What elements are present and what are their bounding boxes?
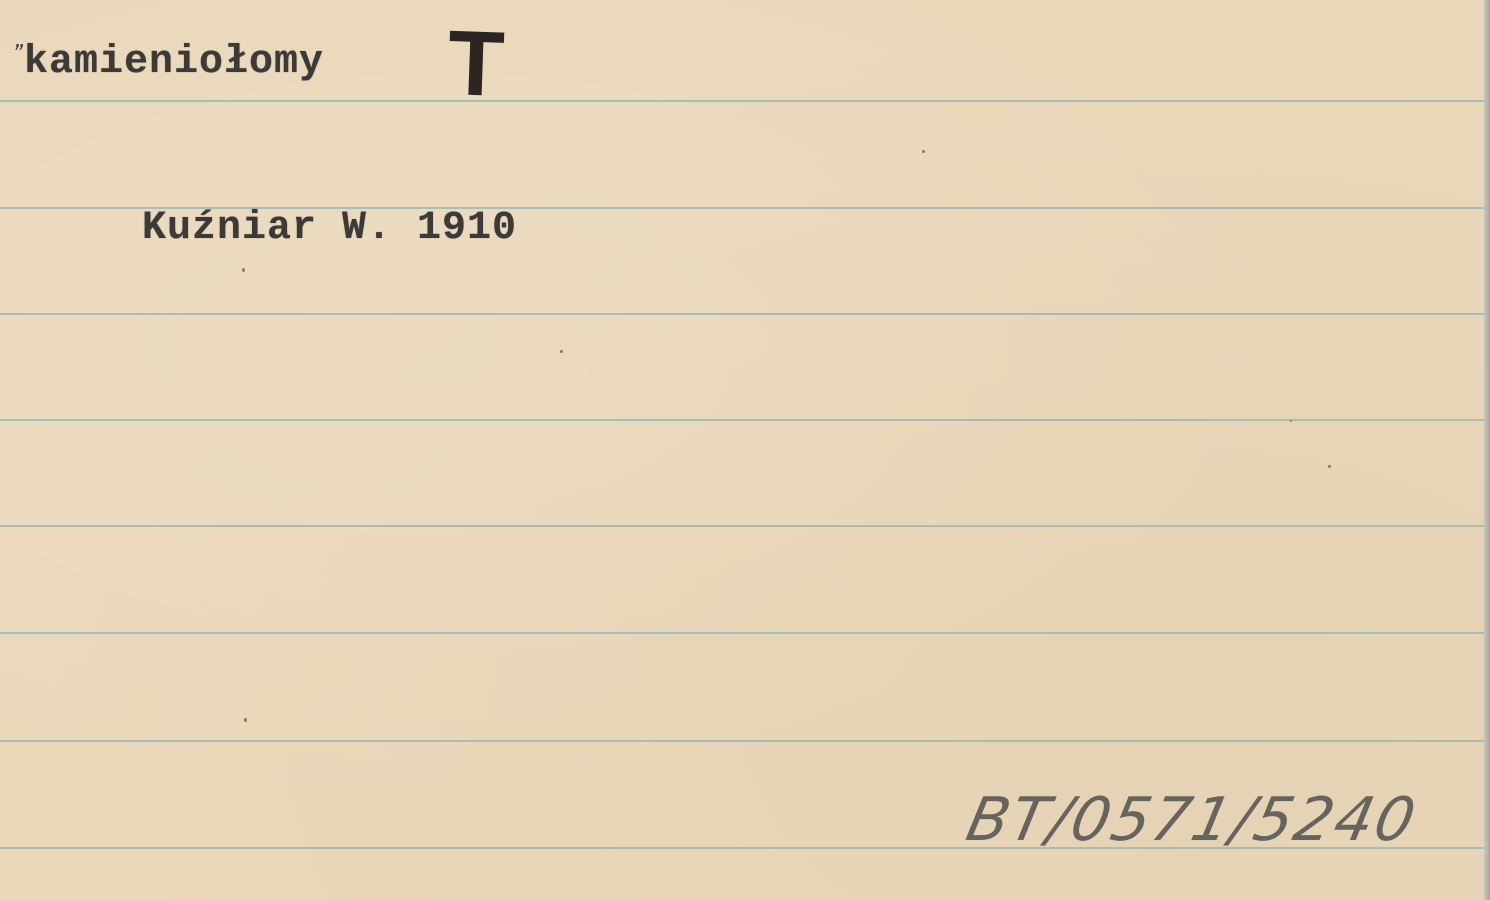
scan-edge [1484, 0, 1490, 900]
rule-line [0, 740, 1484, 742]
rule-line [0, 100, 1484, 102]
paper-fleck [244, 718, 247, 722]
rule-line [0, 525, 1484, 527]
rule-line [0, 419, 1484, 421]
rule-line [0, 313, 1484, 315]
category-letter: T [446, 17, 505, 111]
paper-fleck [1290, 420, 1292, 422]
author-entry: Kuźniar W. 1910 [142, 206, 517, 251]
paper-fleck [560, 350, 563, 353]
paper-fleck [242, 268, 245, 272]
rule-line [0, 632, 1484, 634]
subject-heading: kamieniołomy [24, 40, 324, 85]
catalog-card: ” kamieniołomy T Kuźniar W. 1910 BT/0571… [0, 0, 1484, 900]
paper-fleck [922, 150, 925, 153]
shelf-mark: BT/0571/5240 [962, 790, 1422, 850]
paper-fleck [1328, 465, 1331, 468]
